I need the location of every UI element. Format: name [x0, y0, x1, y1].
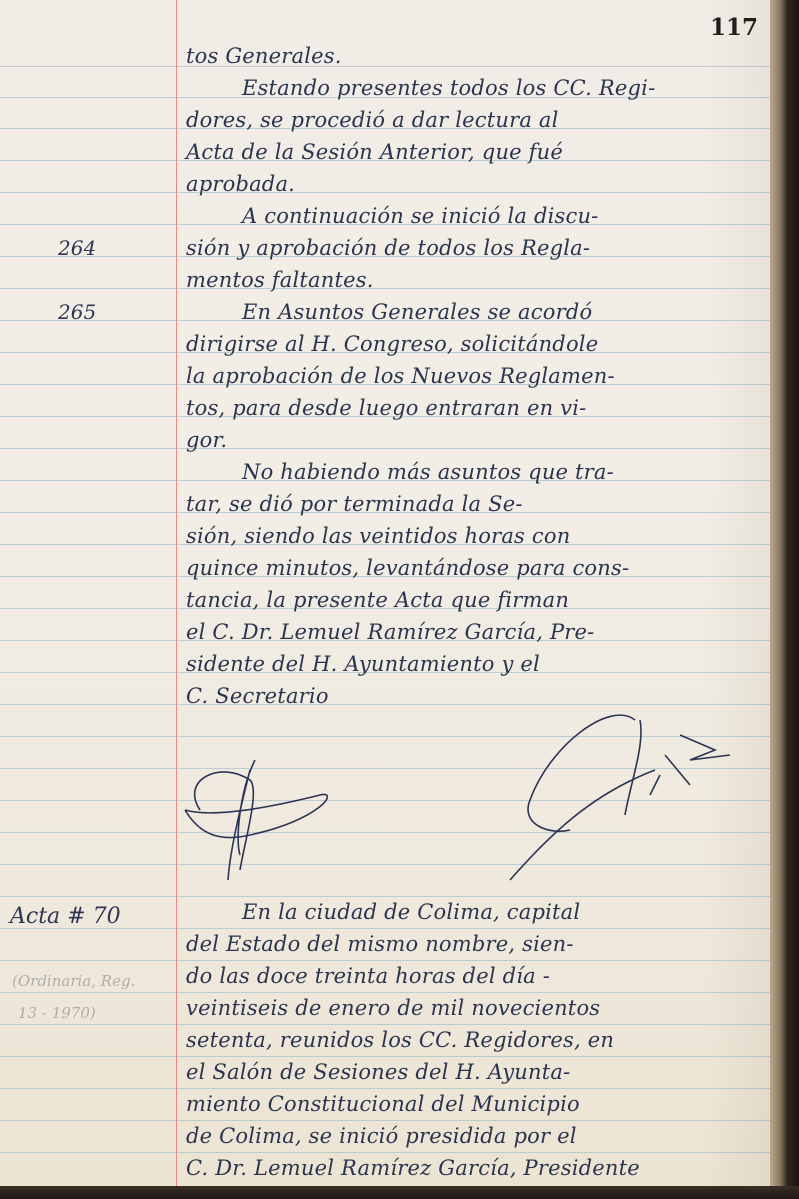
text-line: sión, siendo las veintidos horas con — [186, 520, 771, 552]
text-line: Acta de la Sesión Anterior, que fué — [186, 136, 771, 168]
text-line: No habiendo más asuntos que tra- — [242, 456, 782, 488]
text-line: gor. — [186, 424, 771, 456]
text-line: el Salón de Sesiones del H. Ayunta- — [186, 1056, 771, 1088]
entry-number-265: 265 — [58, 300, 96, 324]
book-binding — [770, 0, 799, 1199]
red-margin-line — [176, 0, 177, 1190]
text-line: sión y aprobación de todos los Regla- — [186, 232, 771, 264]
page-number: 117 — [710, 14, 758, 41]
text-line: sidente del H. Ayuntamiento y el — [186, 648, 771, 680]
text-line: tancia, la presente Acta que firman — [186, 584, 771, 616]
text-line: En Asuntos Generales se acordó — [242, 296, 782, 328]
text-line: del Estado del mismo nombre, sien- — [186, 928, 771, 960]
text-line: En la ciudad de Colima, capital — [242, 896, 782, 928]
book-bottom-edge — [0, 1186, 799, 1199]
acta-heading: Acta # 70 — [10, 904, 121, 929]
text-line: A continuación se inició la discu- — [242, 200, 782, 232]
text-line: mentos faltantes. — [186, 264, 771, 296]
text-line: Estando presentes todos los CC. Regi- — [242, 72, 782, 104]
text-line: do las doce treinta horas del día - — [186, 960, 771, 992]
ledger-page: 117 tos Generales. Estando presentes tod… — [0, 0, 782, 1190]
signature-right — [490, 705, 770, 885]
text-line: tos Generales. — [186, 40, 771, 72]
text-line: tos, para desde luego entraran en vi- — [186, 392, 771, 424]
text-line: setenta, reunidos los CC. Regidores, en — [186, 1024, 771, 1056]
text-line: veintiseis de enero de mil novecientos — [186, 992, 771, 1024]
entry-number-264: 264 — [58, 236, 96, 260]
text-line: dores, se procedió a dar lectura al — [186, 104, 771, 136]
text-line: miento Constitucional del Municipio — [186, 1088, 771, 1120]
faint-margin-note: (Ordinaria, Reg. — [12, 972, 135, 990]
text-line: tar, se dió por terminada la Se- — [186, 488, 771, 520]
text-line: dirigirse al H. Congreso, solicitándole — [186, 328, 771, 360]
text-line: quince minutos, levantándose para cons- — [186, 552, 771, 584]
text-line: de Colima, se inició presidida por el — [186, 1120, 771, 1152]
text-line: la aprobación de los Nuevos Reglamen- — [186, 360, 771, 392]
signature-left — [180, 740, 360, 890]
faint-margin-note: 13 - 1970) — [18, 1004, 96, 1022]
text-line: aprobada. — [186, 168, 771, 200]
text-line: C. Dr. Lemuel Ramírez García, Presidente — [186, 1152, 771, 1184]
text-line: el C. Dr. Lemuel Ramírez García, Pre- — [186, 616, 771, 648]
